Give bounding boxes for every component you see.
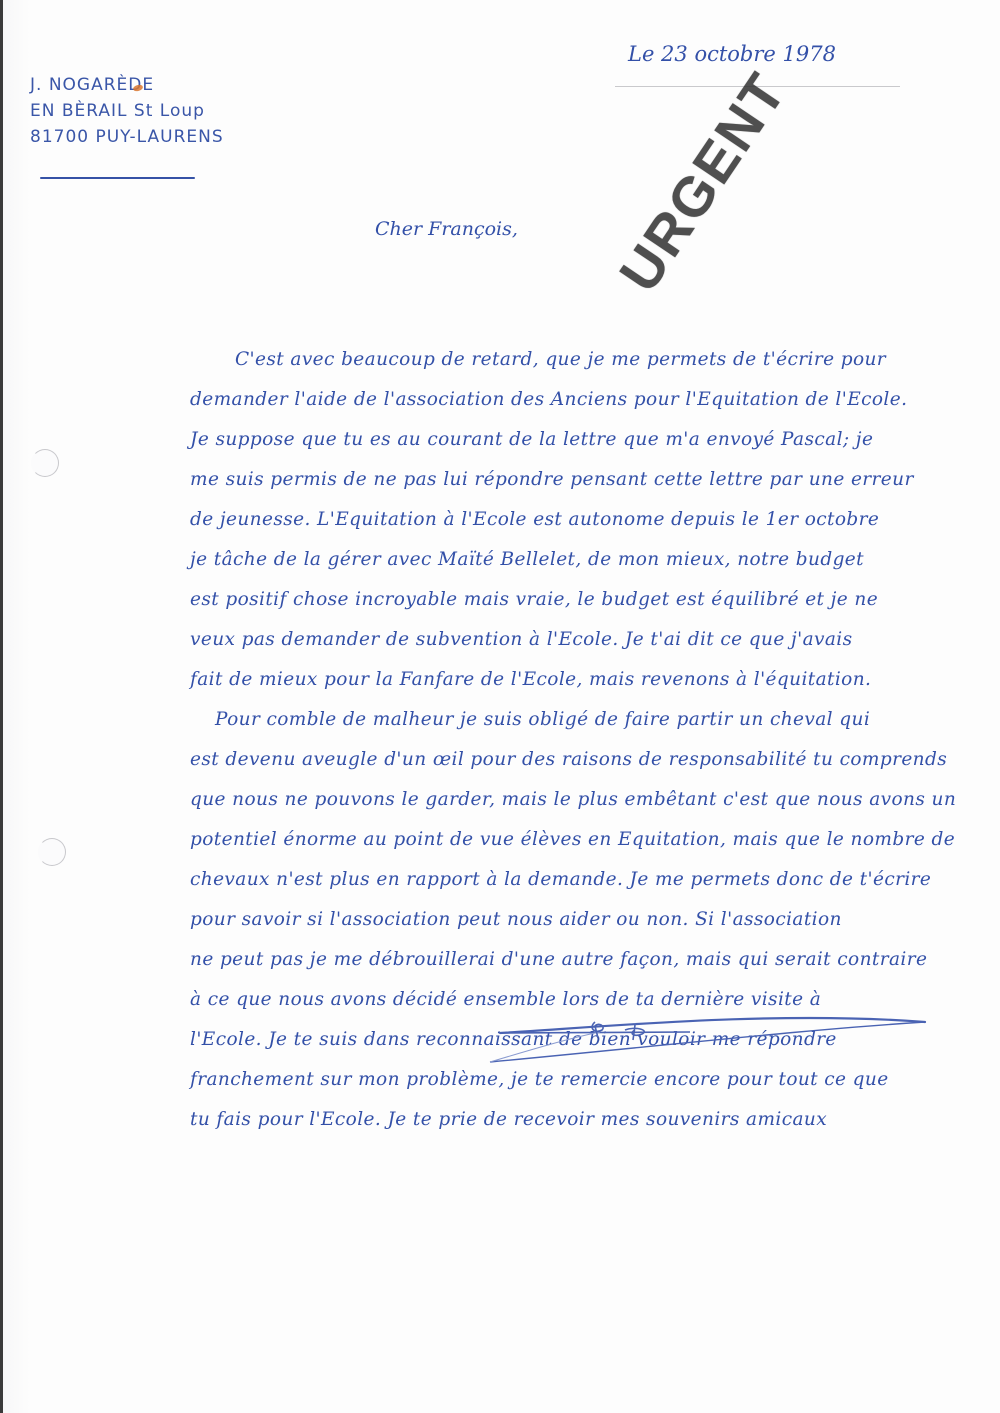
letter-line: que nous ne pouvons le garder, mais le p… — [190, 780, 970, 820]
letter-page: J. NOGARÈDE EN BÈRAIL St Loup 81700 PUY-… — [0, 0, 1000, 1413]
punch-hole — [38, 838, 66, 866]
sender-address-block: J. NOGARÈDE EN BÈRAIL St Loup 81700 PUY-… — [30, 72, 224, 150]
letter-line: veux pas demander de subvention à l'Ecol… — [190, 620, 970, 660]
letter-line: de jeunesse. L'Equitation à l'Ecole est … — [190, 500, 970, 540]
sender-postal-city: 81700 PUY-LAURENS — [30, 124, 224, 150]
punch-hole — [31, 449, 59, 477]
letter-line: pour savoir si l'association peut nous a… — [190, 900, 970, 940]
letter-line: est positif chose incroyable mais vraie,… — [190, 580, 970, 620]
salutation: Cher François, — [375, 218, 518, 240]
letter-line: ne peut pas je me débrouillerai d'une au… — [190, 940, 970, 980]
letter-line: Je suppose que tu es au courant de la le… — [190, 420, 970, 460]
urgent-stamp: URGENT — [606, 61, 799, 303]
letter-line: me suis permis de ne pas lui répondre pe… — [190, 460, 970, 500]
letter-line: Pour comble de malheur je suis obligé de… — [190, 700, 970, 740]
signature — [470, 1000, 930, 1070]
letter-line: est devenu aveugle d'un œil pour des rai… — [190, 740, 970, 780]
letter-line: je tâche de la gérer avec Maïté Bellelet… — [190, 540, 970, 580]
letter-line: demander l'aide de l'association des Anc… — [190, 380, 970, 420]
letter-line: C'est avec beaucoup de retard, que je me… — [190, 340, 970, 380]
letter-line: potentiel énorme au point de vue élèves … — [190, 820, 970, 860]
sender-address-line: EN BÈRAIL St Loup — [30, 98, 224, 124]
letter-line: chevaux n'est plus en rapport à la deman… — [190, 860, 970, 900]
sender-name: J. NOGARÈDE — [30, 72, 224, 98]
letter-line: fait de mieux pour la Fanfare de l'Ecole… — [190, 660, 970, 700]
sender-underline — [40, 177, 195, 179]
letter-date: Le 23 octobre 1978 — [628, 42, 836, 66]
letter-line: tu fais pour l'Ecole. Je te prie de rece… — [190, 1100, 970, 1140]
